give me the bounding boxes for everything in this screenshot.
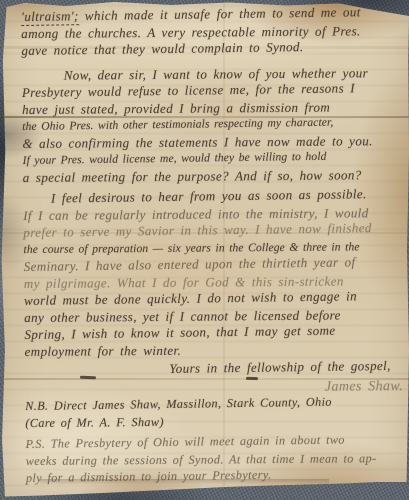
letter-line: a special meeting for the purpose? And i… [23,166,403,186]
underlined-word: 'ultraism'; [21,8,79,26]
care-of-line: (Care of Mr. A. F. Shaw) [25,412,405,432]
letter-page: 'ultraism'; which made it unsafe for the… [0,0,409,500]
letter-line-rest: which made it unsafe for them to send me… [79,4,361,23]
letter-text: 'ultraism'; which made it unsafe for the… [21,4,406,487]
closing-line: Yours in the fellowship of the gospel, [25,357,405,379]
